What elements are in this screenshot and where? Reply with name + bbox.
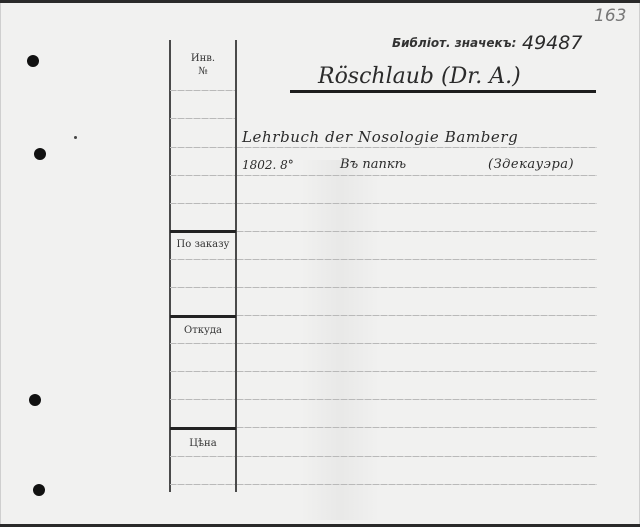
shelfmark-value: 49487 — [522, 32, 582, 54]
ruled-line — [237, 484, 597, 485]
pencil-card-number: 163 — [594, 6, 626, 26]
ruled-line — [170, 203, 235, 204]
ruled-line — [237, 399, 597, 400]
ruled-line — [170, 399, 235, 400]
ruled-line — [170, 343, 235, 344]
ruled-line — [170, 90, 235, 91]
section-divider — [170, 230, 236, 233]
catalog-card: 163 Библіот. значекъ: 49487 Röschlaub (D… — [0, 0, 640, 527]
ruled-line — [237, 343, 597, 344]
author-name: Röschlaub (Dr. A.) — [318, 64, 521, 89]
ruled-line — [170, 259, 235, 260]
left-column-border-left — [169, 40, 171, 492]
ruled-line — [237, 371, 597, 372]
ruled-line — [237, 203, 597, 204]
order-label: По заказу — [171, 239, 235, 250]
ruled-line — [170, 147, 235, 148]
punch-hole — [33, 484, 45, 496]
ruled-line — [237, 231, 597, 232]
ruled-line — [237, 287, 597, 288]
inv-label-text: Инв. — [171, 52, 235, 65]
ruled-line — [237, 175, 597, 176]
title-provenance: (Здекауэра) — [488, 157, 574, 172]
shelfmark-label: Библіот. значекъ: — [392, 36, 516, 50]
title-year-format: 1802. 8° — [242, 158, 294, 172]
ruled-line — [237, 456, 597, 457]
ruled-line — [170, 175, 235, 176]
punch-hole — [34, 148, 46, 160]
paper-shadow — [300, 160, 380, 520]
ruled-line — [237, 315, 597, 316]
section-divider — [170, 427, 236, 430]
price-label: Цѣна — [171, 438, 235, 449]
ruled-line — [237, 259, 597, 260]
paper-speck — [74, 136, 77, 139]
ruled-line — [170, 456, 235, 457]
title-line-1: Lehrbuch der Nosologie Bamberg — [242, 128, 518, 146]
left-column-border-right — [235, 40, 237, 492]
inv-label: Инв. № — [171, 52, 235, 78]
ruled-line — [170, 287, 235, 288]
inv-number-sign: № — [171, 65, 235, 78]
ruled-line — [170, 371, 235, 372]
section-divider — [170, 315, 236, 318]
ruled-line — [237, 427, 597, 428]
punch-hole — [27, 55, 39, 67]
source-label: Откуда — [171, 325, 235, 336]
title-binding: Въ папкѣ — [340, 157, 406, 172]
punch-hole — [29, 394, 41, 406]
ruled-line — [170, 118, 235, 119]
ruled-line — [170, 484, 235, 485]
author-underline — [290, 90, 596, 93]
ruled-line — [237, 147, 597, 148]
